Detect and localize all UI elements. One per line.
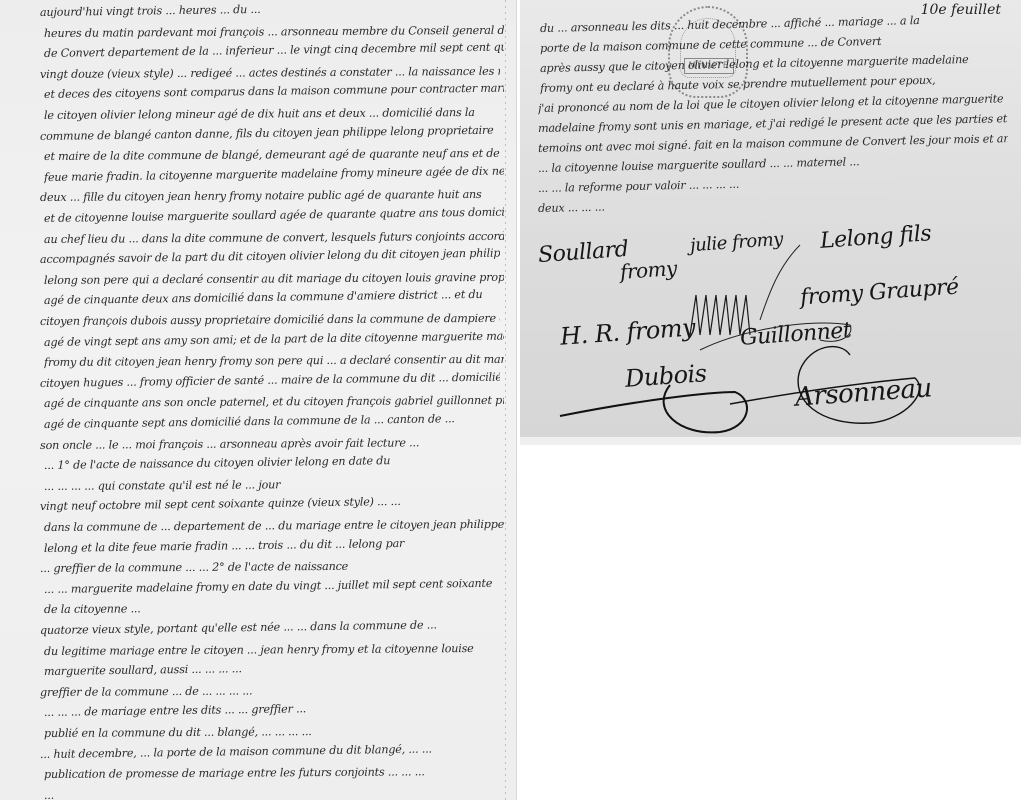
handwritten-line: vingt douze (vieux style) ... redigeé ..… <box>40 65 500 81</box>
left-page: aujourd'hui vingt trois ... heures ... d… <box>0 0 517 800</box>
handwritten-line: du legitime mariage entre le citoyen ...… <box>44 641 504 657</box>
handwritten-line: marguerite soullard, aussi ... ... ... .… <box>44 659 504 678</box>
handwritten-line: aujourd'hui vingt trois ... heures ... d… <box>40 0 500 19</box>
handwritten-line: deux ... fille du citoyen jean henry fro… <box>40 188 500 204</box>
handwritten-line: ... huit decembre, ... la porte de la ma… <box>40 741 500 760</box>
handwritten-line: citoyen hugues ... fromy officier de san… <box>40 370 500 389</box>
handwritten-line: fromy du dit citoyen jean henry fromy so… <box>44 353 504 369</box>
handwritten-line: de Convert departement de la ... inferie… <box>44 41 504 60</box>
handwritten-line: lelong son pere qui a declaré consentir … <box>44 271 504 287</box>
right-page: MINUTE 10e feuillet du ... arsonneau les… <box>520 0 1021 445</box>
handwritten-line: agé de vingt sept ans amy son ami; et de… <box>44 329 504 348</box>
handwritten-line: commune de blangé canton danne, fils du … <box>40 123 500 142</box>
handwritten-line: agé de cinquante deux ans domicilié dans… <box>44 288 504 307</box>
signature-flourish-icon <box>520 0 1021 445</box>
handwritten-line: accompagnés savoir de la part du dit cit… <box>40 247 500 266</box>
handwritten-line: agé de cinquante sept ans domicilié dans… <box>44 412 504 431</box>
handwritten-line: lelong et la dite feue marie fradin ... … <box>44 535 504 554</box>
handwritten-line: dans la commune de ... departement de ..… <box>44 518 504 534</box>
handwritten-line: quatorze vieux style, portant qu'elle es… <box>40 618 500 637</box>
handwritten-line: et de citoyenne louise marguerite soulla… <box>44 206 504 225</box>
handwritten-line: publication de promesse de mariage entre… <box>44 765 504 781</box>
handwritten-line: ... ... ... de mariage entre les dits ..… <box>44 700 504 719</box>
handwritten-line: et deces des citoyens sont comparus dans… <box>44 82 504 101</box>
handwritten-line: publié en la commune du dit ... blangé, … <box>44 724 504 740</box>
handwritten-line: ... greffier de la commune ... ... 2° de… <box>40 559 500 575</box>
handwritten-line: citoyen françois dubois aussy proprietai… <box>40 312 500 328</box>
handwritten-line: de la citoyenne ... <box>44 600 504 616</box>
handwritten-line: au chef lieu du ... dans la dite commune… <box>44 229 504 245</box>
handwritten-line: feue marie fradin. la citoyenne margueri… <box>44 164 504 183</box>
handwritten-line: agé de cinquante ans son oncle paternel,… <box>44 394 504 410</box>
handwritten-line: ... 1° de l'acte de naissance du citoyen… <box>44 453 504 472</box>
handwritten-line: son oncle ... le ... moi françois ... ar… <box>40 435 500 451</box>
handwritten-line: greffier de la commune ... de ... ... ..… <box>40 683 500 699</box>
handwritten-line: vingt neuf octobre mil sept cent soixant… <box>40 494 500 513</box>
handwritten-line: et maire de la dite commune de blangé, d… <box>44 147 504 163</box>
handwritten-line: heures du matin pardevant moi françois .… <box>44 23 504 39</box>
handwritten-line: le citoyen olivier lelong mineur agé de … <box>44 106 504 122</box>
handwritten-line: ... ... ... ... qui constate qu'il est n… <box>44 477 504 493</box>
handwritten-line: ... <box>44 782 504 800</box>
handwritten-line: ... ... marguerite madelaine fromy en da… <box>44 576 504 595</box>
